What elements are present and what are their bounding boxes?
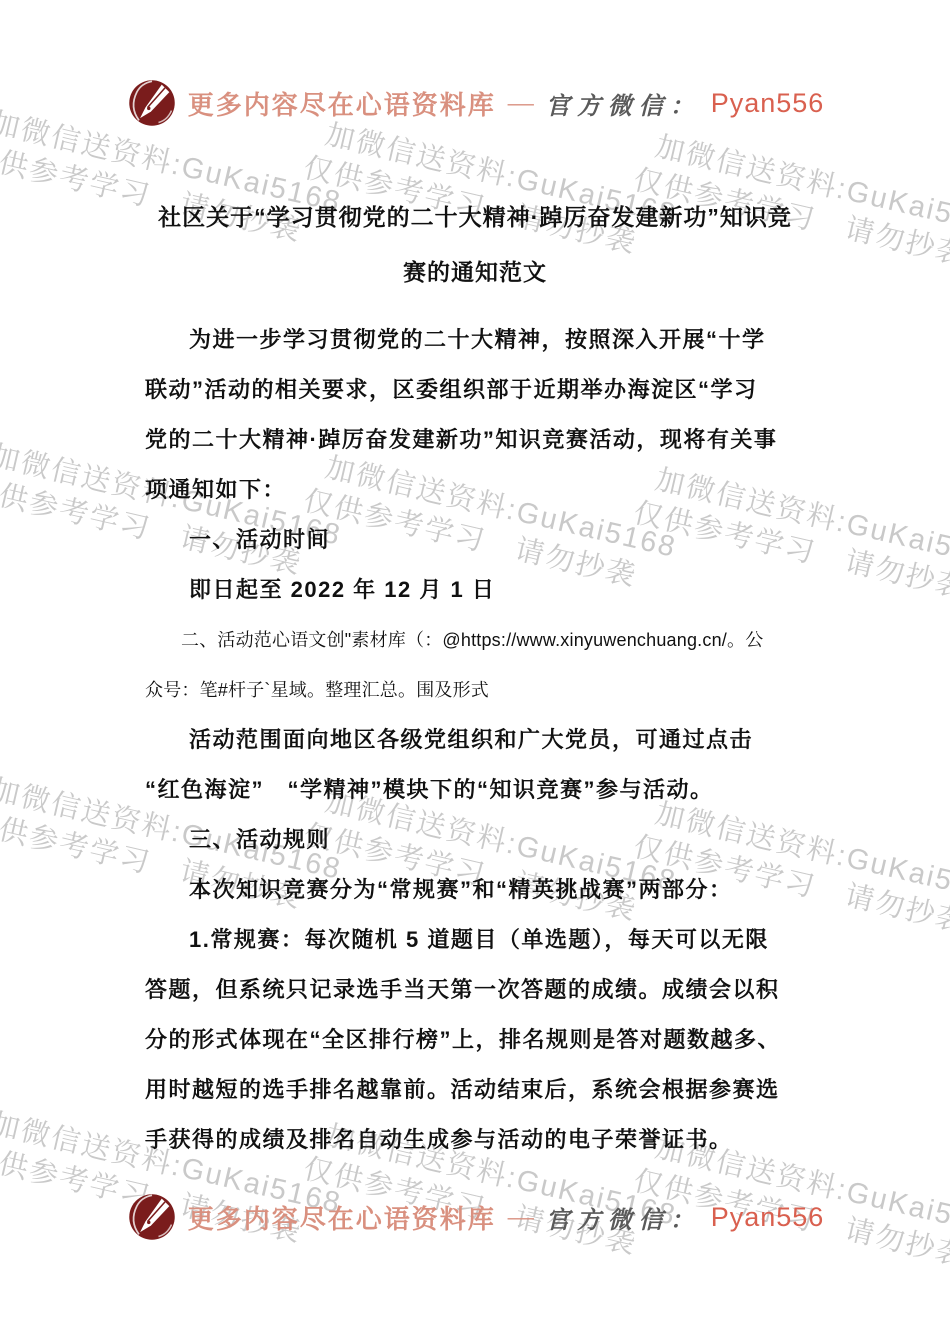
pen-nib-circle-icon [126,77,178,129]
document-content: 社区关于“学习贯彻党的二十大精神·踔厉奋发建新功”知识竞 赛的通知范文 为进一步… [0,190,950,1165]
footer-banner: 更多内容尽在心语资料库—官方微信： Pyan556 [0,1190,950,1244]
paragraph-line: 党的二十大精神·踔厉奋发建新功”知识竞赛活动，现将有关事 [145,415,810,465]
paragraph-line: 即日起至 2022 年 12 月 1 日 [145,565,810,615]
brand-text: 更多内容尽在心语资料库 [188,85,496,122]
wechat-label: 官方微信： [546,1200,701,1235]
paragraph-line: 联动”活动的相关要求，区委组织部于近期举办海淀区“学习 [145,365,810,415]
wechat-label: 官方微信： [546,86,701,121]
section-heading-activity-rules: 三、活动规则 [145,815,810,865]
page-title: 社区关于“学习贯彻党的二十大精神·踔厉奋发建新功”知识竞 赛的通知范文 [0,190,950,300]
paragraph-line-small: 众号：笔#杆子`星域。整理汇总。围及形式 [145,665,810,715]
section-heading-activity-time: 一、活动时间 [145,515,810,565]
bold-run: 1.常规赛： [189,927,304,952]
paragraph-line: 活动范围面向地区各级党组织和广大党员，可通过点击 [145,715,810,765]
text-run: 每次随机 5 道题目（单选题），每天可以无限 [304,927,768,952]
brand-text: 更多内容尽在心语资料库 [188,1199,496,1236]
document-body: 为进一步学习贯彻党的二十大精神，按照深入开展“十学 联动”活动的相关要求，区委组… [145,315,810,1165]
paragraph-line: 1.常规赛：每次随机 5 道题目（单选题），每天可以无限 [145,915,810,965]
page-title-line1: 社区关于“学习贯彻党的二十大精神·踔厉奋发建新功”知识竞 [0,190,950,245]
document-page: 加微信送资料:GuKai5168仅供参考学习 请勿抄袭加微信送资料:GuKai5… [0,0,950,1344]
paragraph-line-small: 二、活动范心语文创"素材库（：@https://www.xinyuwenchua… [145,615,810,665]
header-banner: 更多内容尽在心语资料库—官方微信： Pyan556 [0,76,950,130]
brand-dash: — [508,88,534,118]
paragraph-line: 手获得的成绩及排名自动生成参与活动的电子荣誉证书。 [145,1115,810,1165]
wechat-id: Pyan556 [711,88,825,119]
paragraph-line: 为进一步学习贯彻党的二十大精神，按照深入开展“十学 [145,315,810,365]
brand-dash: — [508,1202,534,1232]
paragraph-line: 用时越短的选手排名越靠前。活动结束后，系统会根据参赛选 [145,1065,810,1115]
paragraph-line: 本次知识竞赛分为“常规赛”和“精英挑战赛”两部分： [145,865,810,915]
paragraph-line: 项通知如下： [145,465,810,515]
page-title-line2: 赛的通知范文 [0,245,950,300]
pen-nib-circle-icon [126,1191,178,1243]
paragraph-line: 答题，但系统只记录选手当天第一次答题的成绩。成绩会以积 [145,965,810,1015]
paragraph-line: 分的形式体现在“全区排行榜”上，排名规则是答对题数越多、 [145,1015,810,1065]
wechat-id: Pyan556 [711,1202,825,1233]
paragraph-line: “红色海淀” “学精神”模块下的“知识竞赛”参与活动。 [145,765,810,815]
